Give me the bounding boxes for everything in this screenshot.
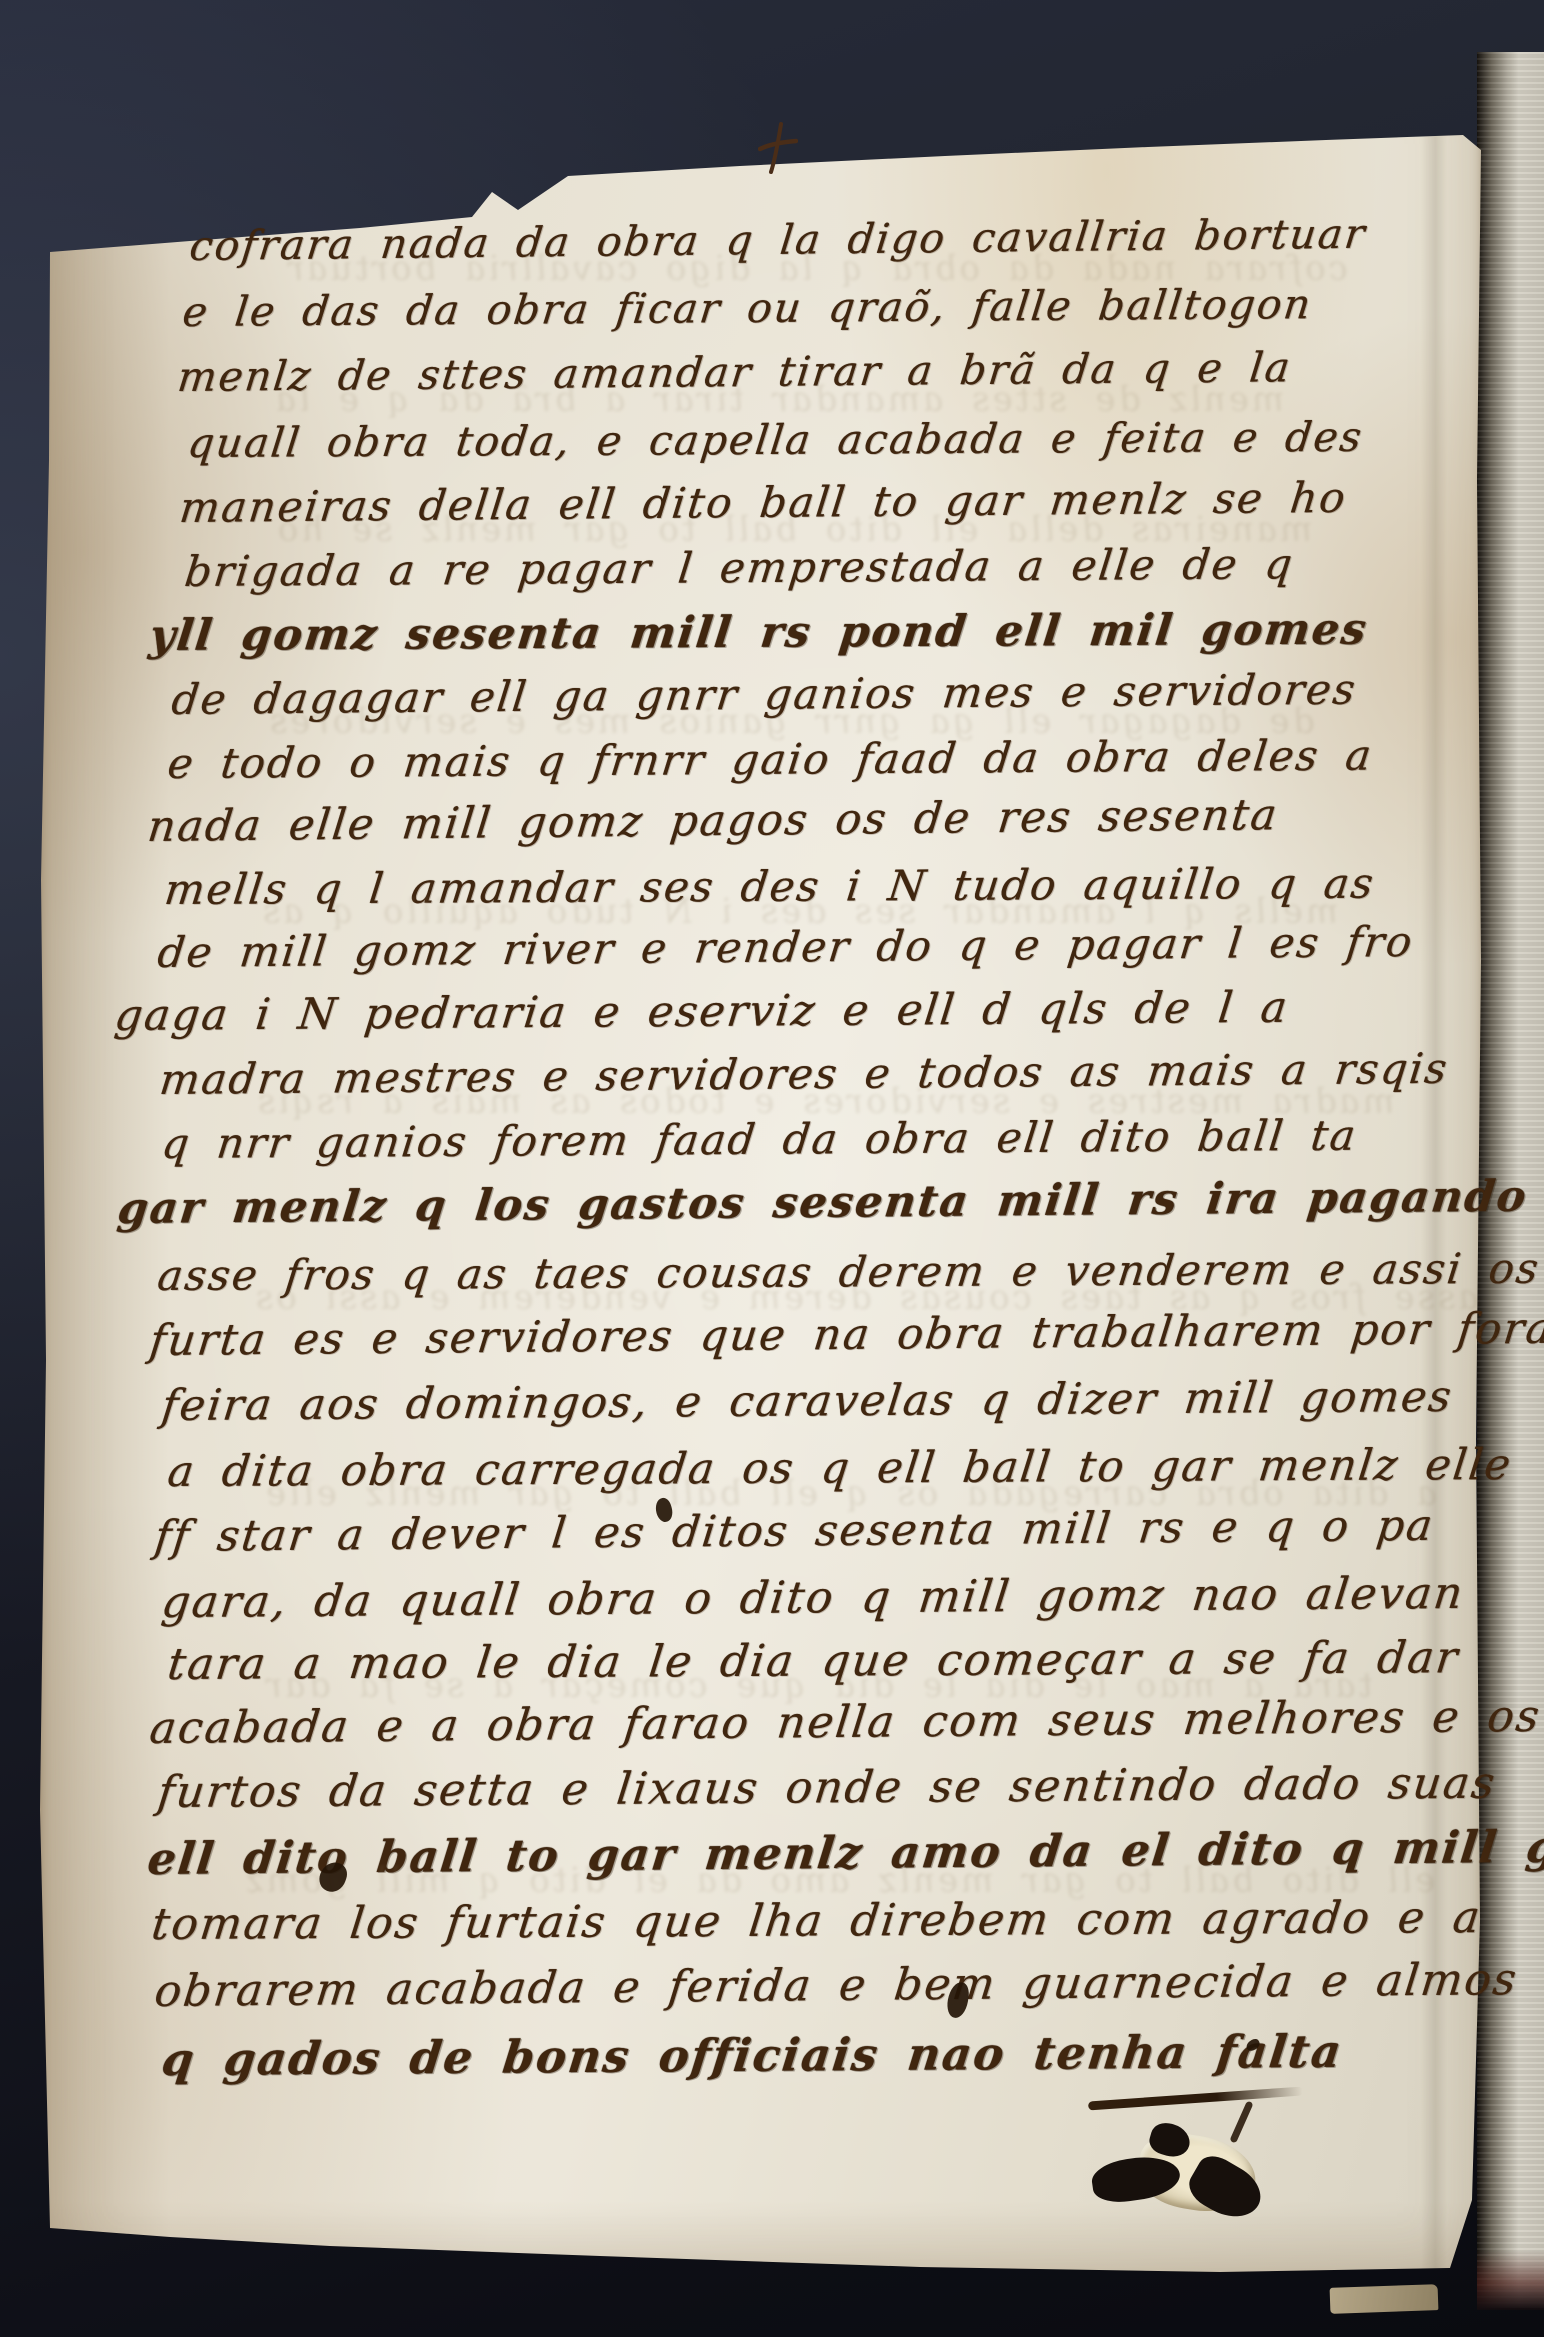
manuscript-line-16: gar menlz q los gastos sesenta mill rs i…: [115, 1172, 1530, 1234]
manuscript-line-19: feira aos domingos, e caravelas q dizer …: [159, 1372, 1456, 1431]
manuscript-line-13: gaga i N pedraria e eserviz e ell d qls …: [112, 983, 1291, 1041]
ink-showthrough: asse fros q as taes cousas derem e vende…: [251, 1278, 1482, 1318]
manuscript-line-28: obrarem acabada e ferida e bem guarnecid…: [152, 1953, 1544, 2017]
ink-showthrough: mells q l amandar ses des i N tudo aquil…: [258, 892, 1341, 932]
manuscript-line-29: q gados de bons officiais nao tenha falt…: [159, 2025, 1346, 2086]
ink-showthrough: menlz de sttes amandar tirar a brã da q …: [271, 380, 1287, 420]
ink-showthrough: cofrara nada da obra q la digo cavallria…: [283, 249, 1351, 289]
ink-showthrough: ell dito ball to gar menlz amo da el dit…: [241, 1861, 1438, 1901]
ink-showthrough: a dita obra carregada os q ell ball to g…: [261, 1474, 1440, 1514]
manuscript-line-25: furtos da setta e lixaus onde se sentind…: [155, 1758, 1499, 1818]
ink-showthrough: maneiras della ell dito ball to gar menl…: [273, 510, 1315, 550]
archive-photo-backdrop: cofrara nada da obra q la digo cavallria…: [0, 0, 1544, 2337]
manuscript-line-4: quall obra toda, e capella acabada e fei…: [185, 413, 1366, 467]
ink-showthrough: madra mestres e servidores e todos as ma…: [253, 1082, 1398, 1122]
ink-showthrough: tara a mao le dia le dia que começar a s…: [261, 1666, 1375, 1706]
manuscript-line-7: yll gomz sesenta mill rs pond ell mil go…: [147, 605, 1371, 661]
manuscript-line-22: gara, da quall obra o dito q mill gomz n…: [159, 1568, 1467, 1628]
manuscript-line-10: nada elle mill gomz pagos os de res sese…: [145, 790, 1281, 852]
text-layer: cofrara nada da obra q la digo cavallria…: [0, 0, 1544, 2337]
ink-showthrough: de dagagar ell ga gnrr ganios mes e serv…: [265, 702, 1317, 742]
